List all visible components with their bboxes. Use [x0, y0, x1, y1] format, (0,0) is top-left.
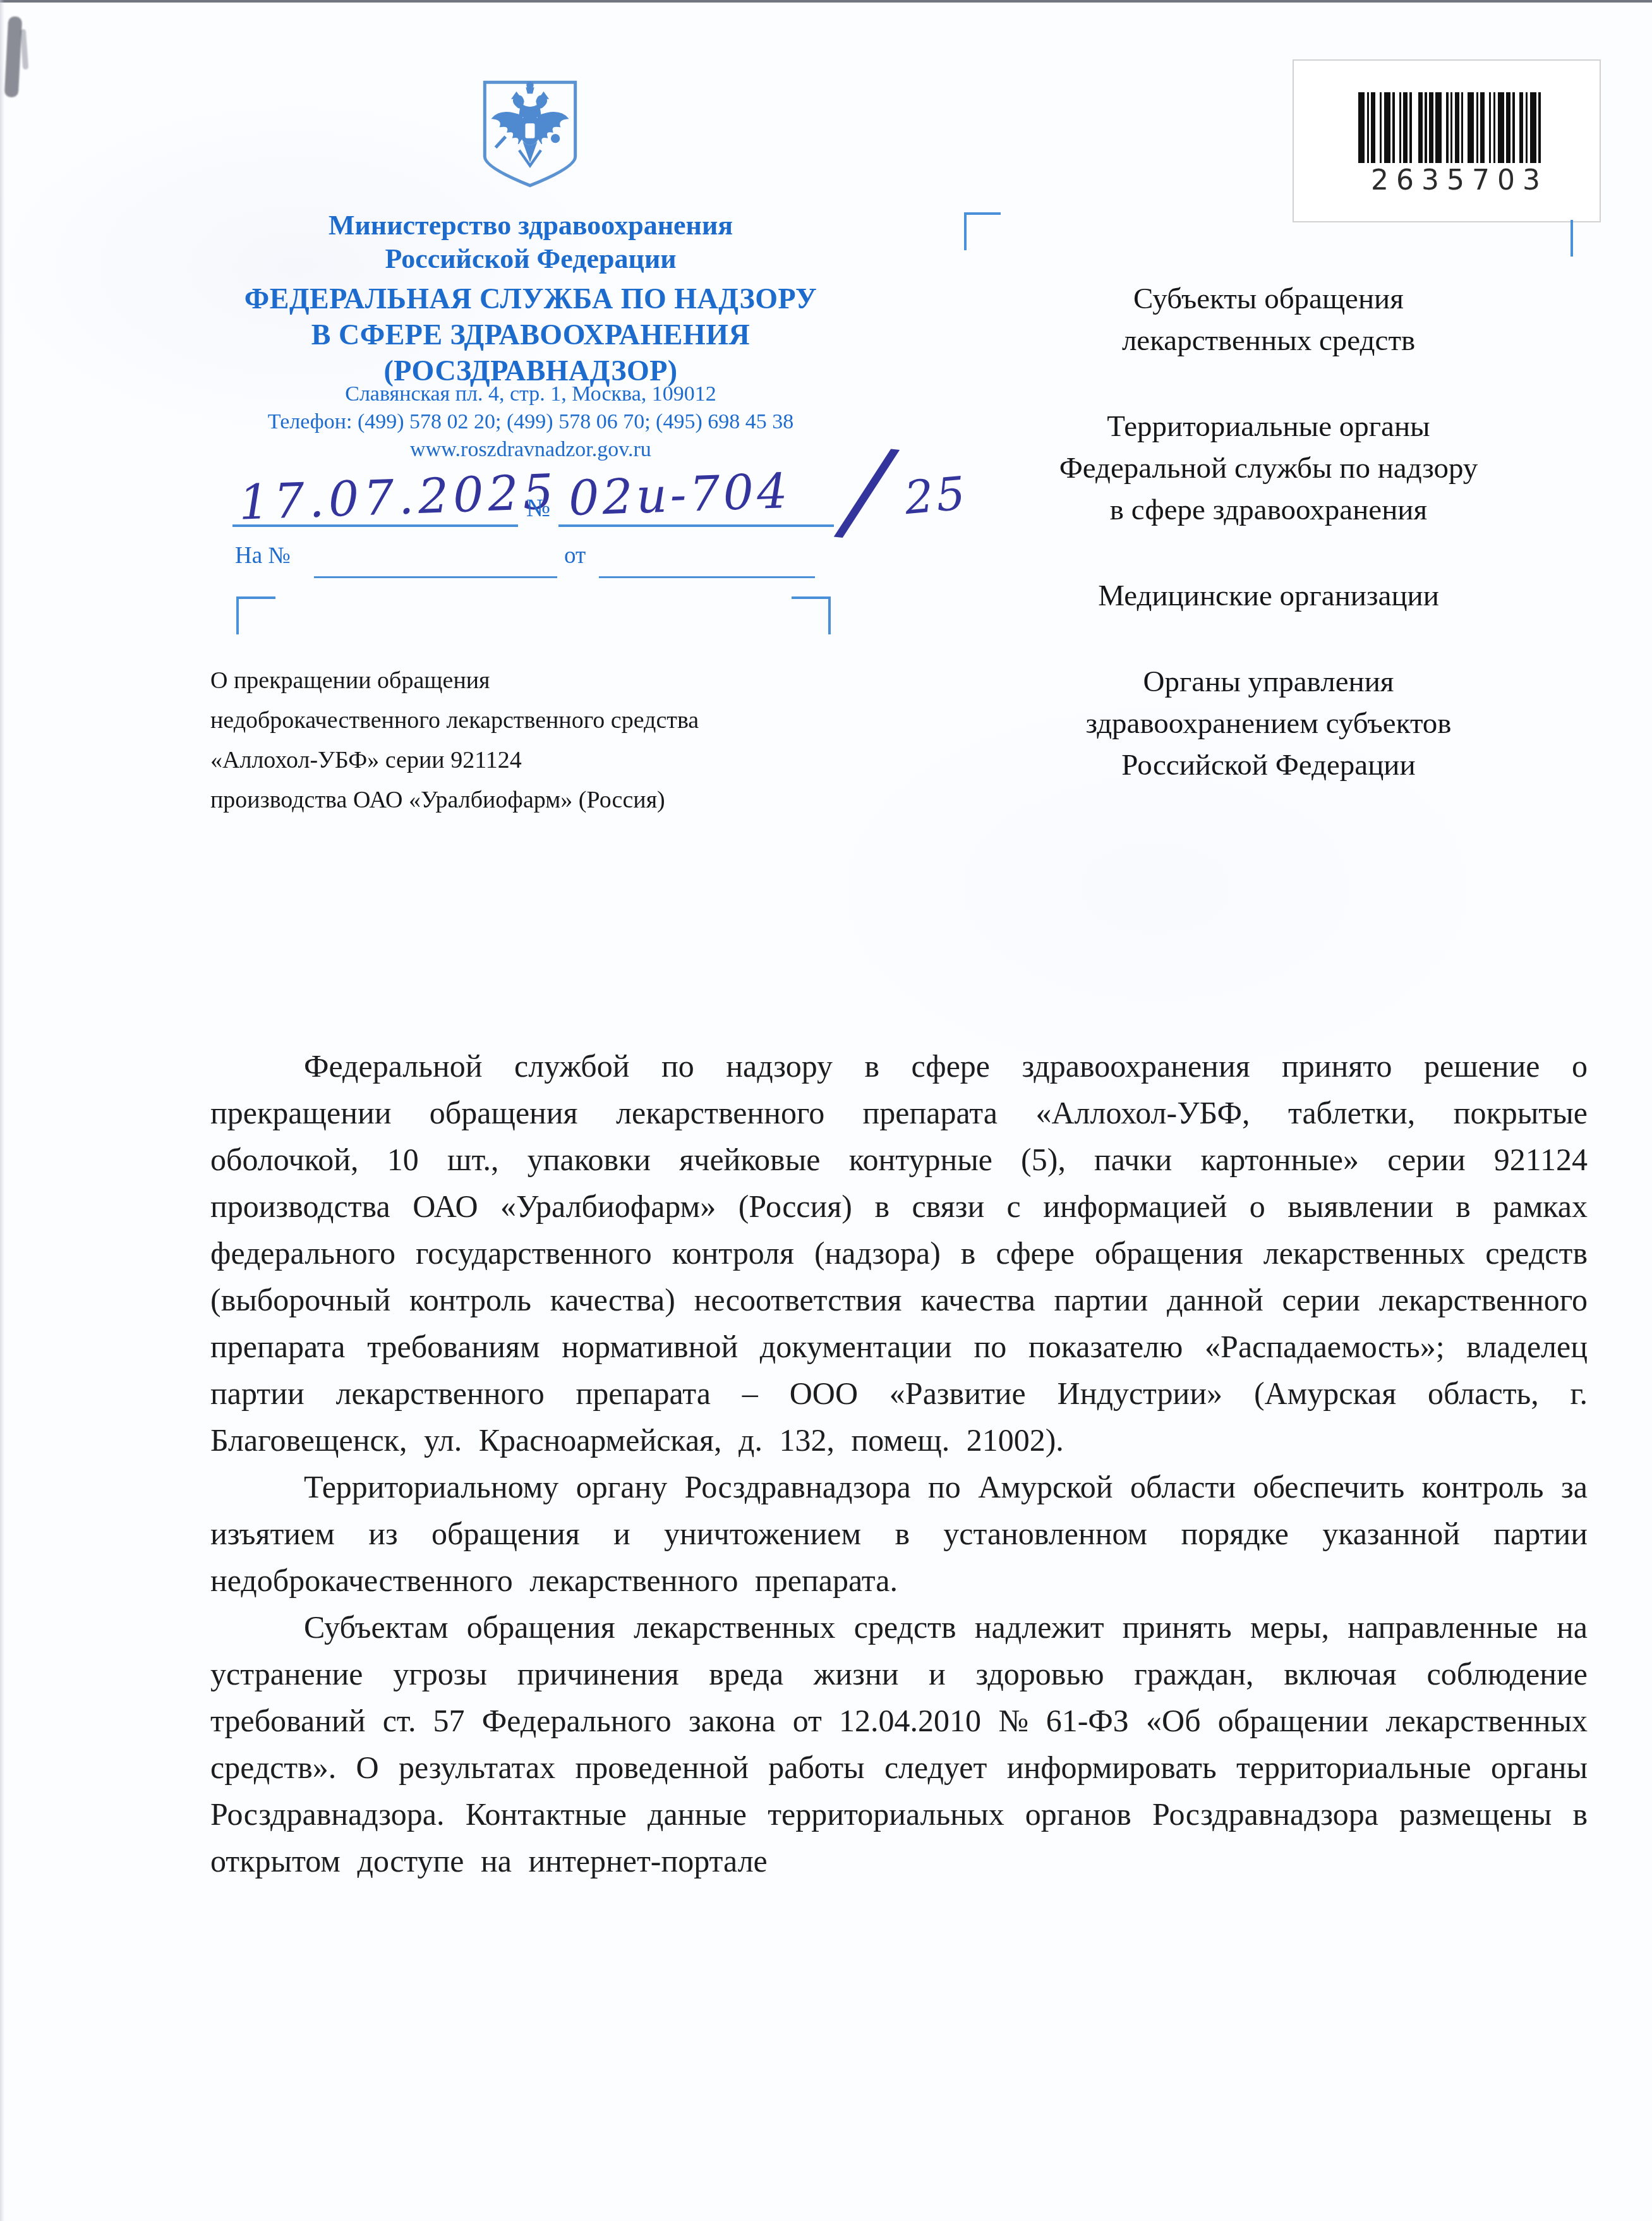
addressee-item: Территориальные органы Федеральной служб…	[967, 406, 1571, 531]
scan-smudge	[20, 29, 28, 70]
addressee-list: Субъекты обращения лекарственных средств…	[967, 278, 1571, 830]
handwritten-number-suffix: 25	[903, 466, 970, 524]
corner-mark	[1571, 220, 1573, 257]
subject-line: «Аллохол-УБФ» серии 921124	[210, 741, 842, 780]
addressee-line: в сфере здравоохранения	[967, 489, 1571, 531]
service-line: ФЕДЕРАЛЬНАЯ СЛУЖБА ПО НАДЗОРУ	[177, 281, 884, 317]
addressee-line: Территориальные органы	[967, 406, 1571, 447]
ministry-line: Российской Федерации	[177, 242, 884, 275]
number-sign-label: №	[526, 493, 550, 523]
reply-number-underline	[314, 576, 557, 578]
coat-of-arms-icon	[476, 73, 584, 195]
addressee-line: здравоохранением субъектов	[967, 703, 1571, 744]
reply-date-underline	[599, 576, 815, 578]
handwritten-date: 17.07.2025	[238, 463, 559, 531]
letterhead-phone: Телефон: (499) 578 02 20; (499) 578 06 7…	[177, 408, 884, 436]
body-paragraph: Федеральной службой по надзору в сфере з…	[210, 1043, 1588, 1463]
letter-body: Федеральной службой по надзору в сфере з…	[210, 1043, 1588, 1884]
addressee-item: Медицинские организации	[967, 575, 1571, 617]
barcode-icon	[1358, 92, 1560, 163]
scan-edge-artifact	[0, 0, 1652, 3]
date-underline	[232, 524, 518, 527]
barcode-number: 2635703	[1352, 164, 1567, 197]
letterhead-address: Славянская пл. 4, стр. 1, Москва, 109012	[177, 380, 884, 408]
addressee-line: Федеральной службы по надзору	[967, 447, 1571, 489]
addressee-line: Российской Федерации	[967, 744, 1571, 786]
corner-mark	[792, 596, 831, 634]
body-paragraph: Субъектам обращения лекарственных средст…	[210, 1604, 1588, 1884]
reply-to-label: На №	[235, 542, 291, 569]
ministry-line: Министерство здравоохранения	[177, 209, 884, 242]
barcode-sticker: 2635703	[1293, 59, 1601, 222]
scan-edge-artifact	[0, 0, 4, 2221]
number-underline	[558, 524, 834, 527]
scanned-letter-page: Министерство здравоохранения Российской …	[0, 0, 1652, 2221]
subject-line: недоброкачественного лекарственного сред…	[210, 701, 842, 741]
addressee-item: Органы управления здравоохранением субъе…	[967, 661, 1571, 786]
reply-from-label: от	[564, 542, 586, 569]
addressee-line: Органы управления	[967, 661, 1571, 703]
addressee-item: Субъекты обращения лекарственных средств	[967, 278, 1571, 361]
letter-subject: О прекращении обращения недоброкачествен…	[210, 661, 842, 820]
addressee-line: Медицинские организации	[967, 575, 1571, 617]
addressee-line: Субъекты обращения	[967, 278, 1571, 320]
addressee-line: лекарственных средств	[967, 320, 1571, 361]
body-paragraph: Территориальному органу Росздравнадзора …	[210, 1463, 1588, 1604]
corner-mark	[236, 596, 275, 634]
subject-line: О прекращении обращения	[210, 661, 842, 701]
service-line: В СФЕРЕ ЗДРАВООХРАНЕНИЯ	[177, 317, 884, 353]
subject-line: производства ОАО «Уралбиофарм» (Россия)	[210, 780, 842, 820]
handwritten-outgoing-number: 02и-704	[568, 463, 792, 526]
letterhead-website: www.roszdravnadzor.gov.ru	[177, 436, 884, 464]
letterhead-contacts: Славянская пл. 4, стр. 1, Москва, 109012…	[177, 380, 884, 464]
letterhead-service-name: ФЕДЕРАЛЬНАЯ СЛУЖБА ПО НАДЗОРУ В СФЕРЕ ЗД…	[177, 281, 884, 389]
scan-smudge	[4, 16, 23, 98]
corner-mark	[964, 212, 1001, 250]
letterhead-ministry: Министерство здравоохранения Российской …	[177, 209, 884, 275]
